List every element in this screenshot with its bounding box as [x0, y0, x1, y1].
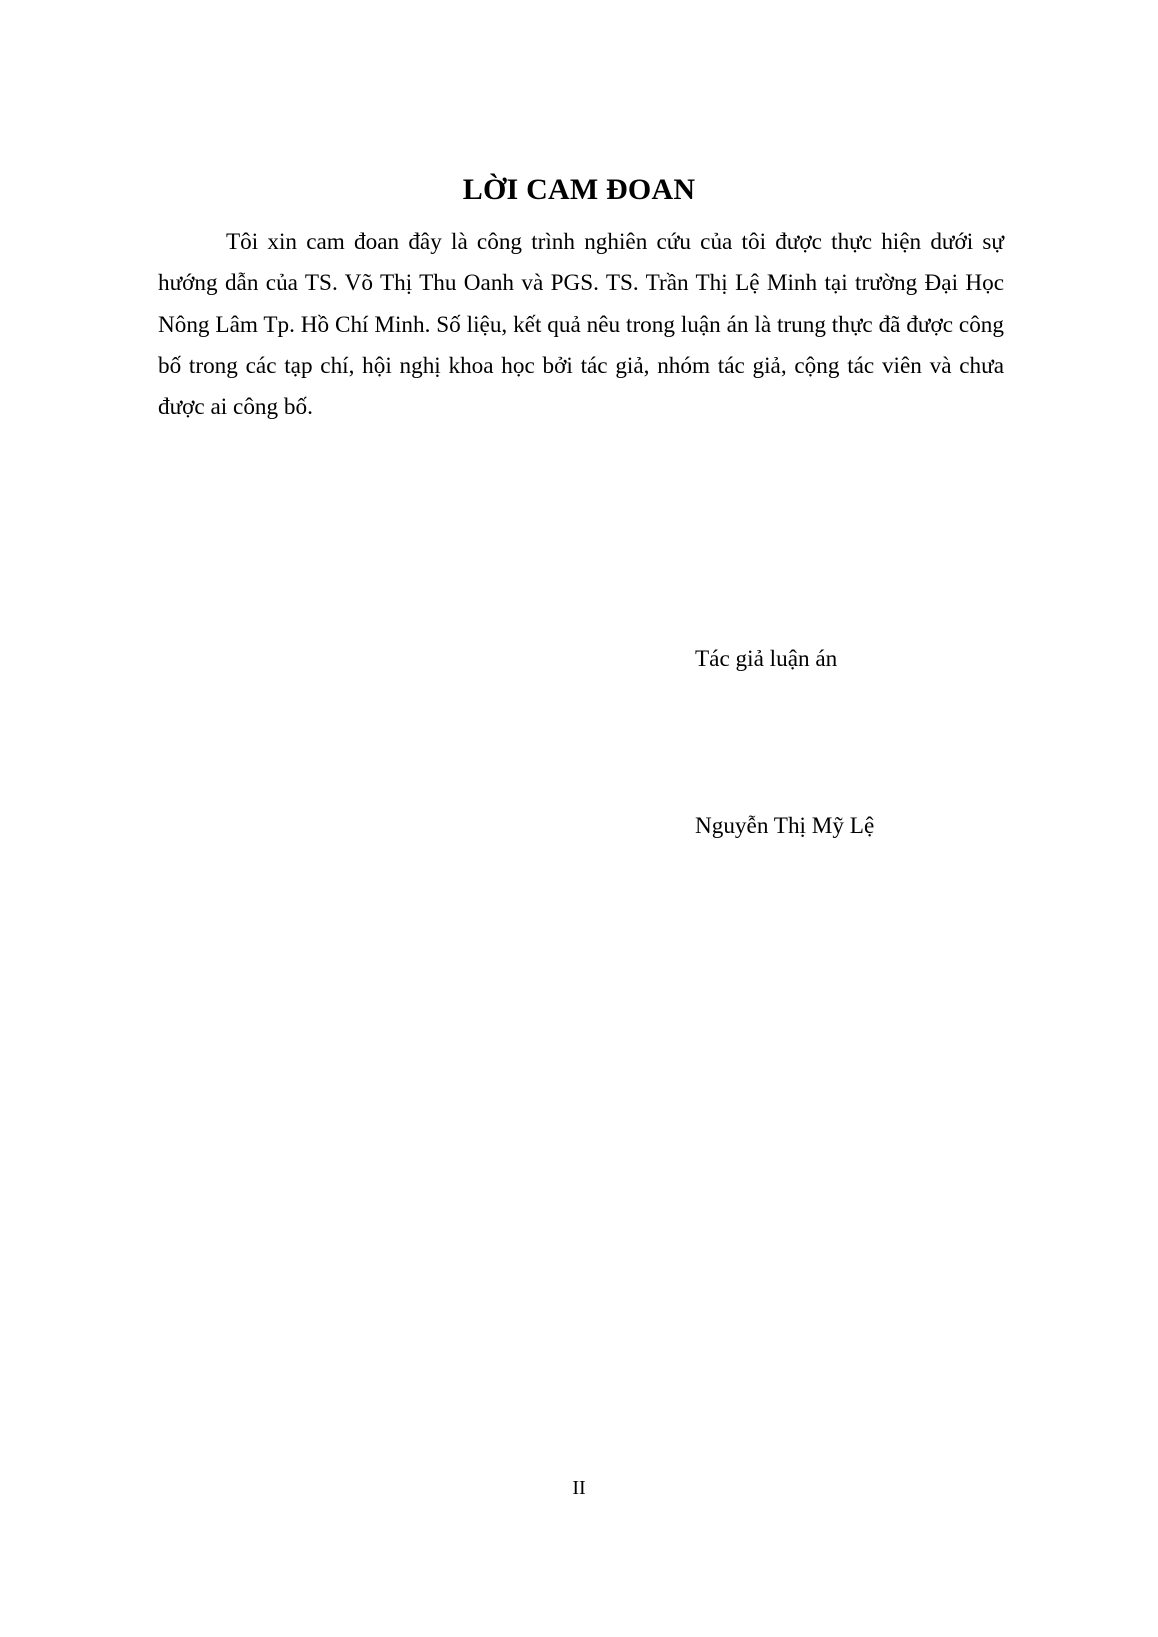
document-page: LỜI CAM ĐOAN Tôi xin cam đoan đây là côn… — [0, 0, 1158, 1637]
page-number: II — [0, 1475, 1158, 1501]
signature-role: Tác giả luận án — [695, 644, 837, 674]
page-title: LỜI CAM ĐOAN — [0, 168, 1158, 212]
declaration-paragraph: Tôi xin cam đoan đây là công trình nghiê… — [158, 222, 1004, 428]
signature-name: Nguyễn Thị Mỹ Lệ — [695, 811, 874, 841]
